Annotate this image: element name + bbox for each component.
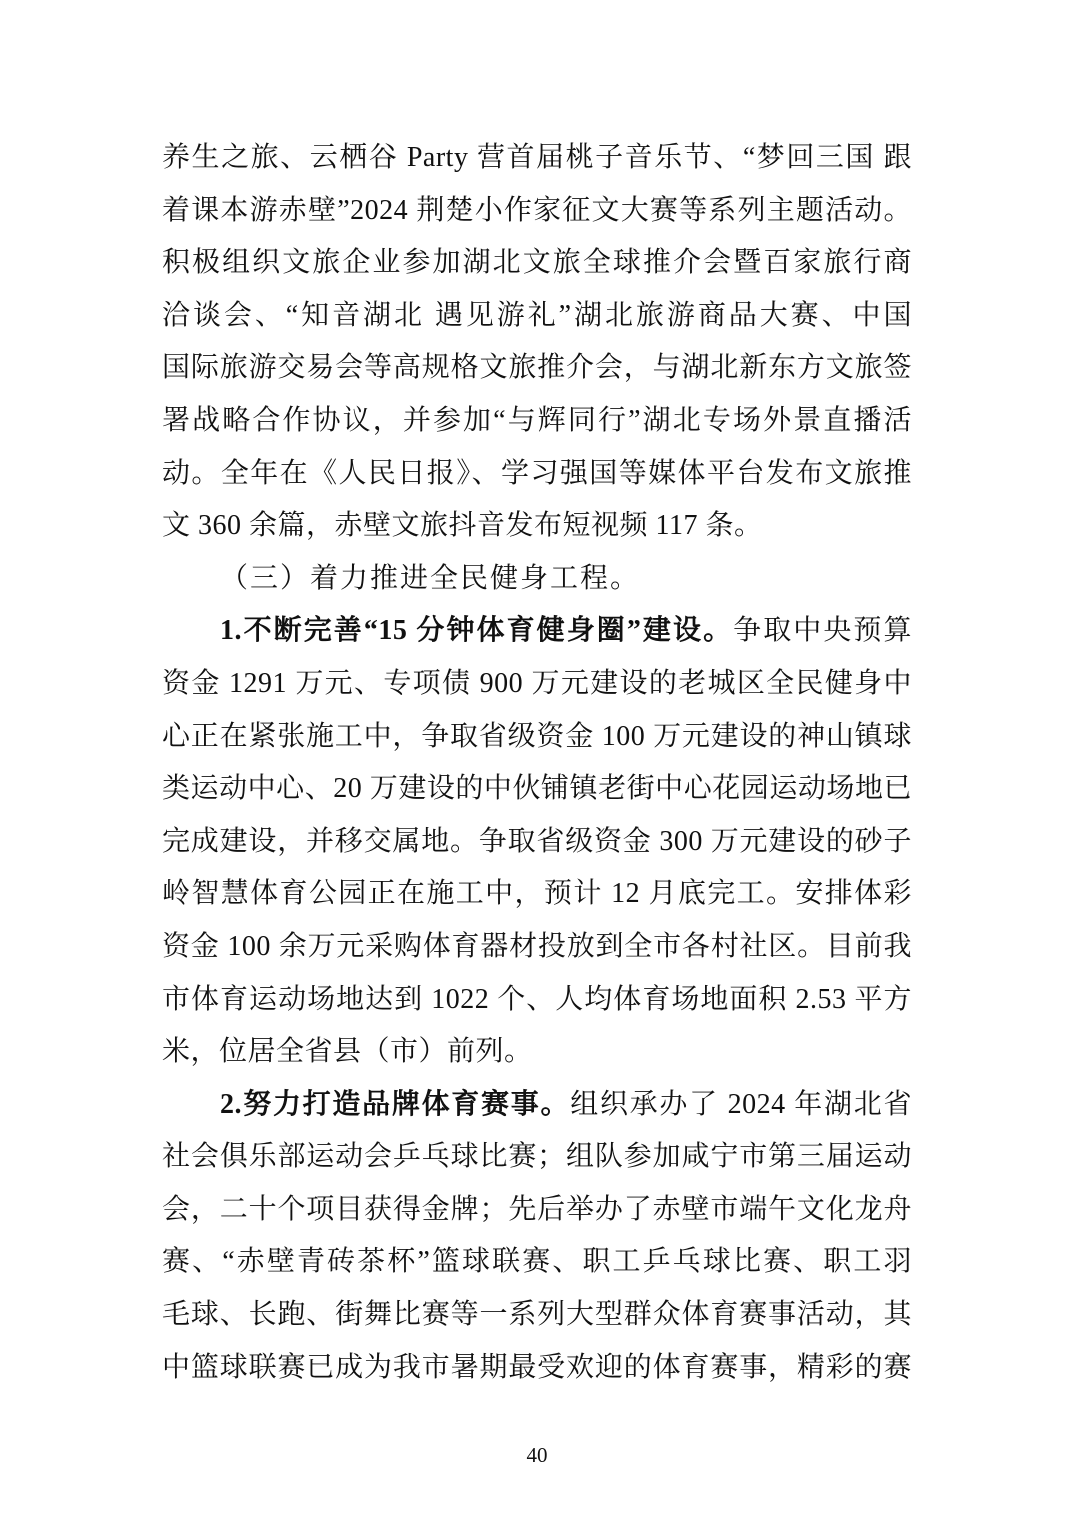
text-line: 社会俱乐部运动会乒乓球比赛；组队参加咸宁市第三届运动 bbox=[162, 1131, 912, 1184]
text-line: 中篮球联赛已成为我市暑期最受欢迎的体育赛事，精彩的赛 bbox=[162, 1342, 912, 1395]
bold-heading-run: 1.不断完善“15 分钟体育健身圈”建设。 bbox=[220, 615, 733, 646]
text-block: 养生之旅、云栖谷 Party 营首届桃子音乐节、“梦回三国 跟着课本游赤壁”20… bbox=[162, 132, 912, 1394]
text-line: 市体育运动场地达到 1022 个、人均体育场地面积 2.53 平方 bbox=[162, 974, 912, 1027]
text-line: 赛、“赤壁青砖茶杯”篮球联赛、职工乒乓球比赛、职工羽 bbox=[162, 1236, 912, 1289]
text-run: 着课本游赤壁”2024 荆楚小作家征文大赛等系列主题活动。 bbox=[162, 195, 912, 226]
text-run: 岭智慧体育公园正在施工中，预计 12 月底完工。安排体彩 bbox=[162, 878, 912, 909]
text-run: 资金 100 余万元采购体育器材投放到全市各村社区。目前我 bbox=[162, 931, 912, 962]
text-run: 国际旅游交易会等高规格文旅推介会，与湖北新东方文旅签 bbox=[162, 352, 912, 383]
page-number-label: 40 bbox=[0, 1442, 1074, 1468]
document-page: 养生之旅、云栖谷 Party 营首届桃子音乐节、“梦回三国 跟着课本游赤壁”20… bbox=[0, 0, 1074, 1520]
text-run: 积极组织文旅企业参加湖北文旅全球推介会暨百家旅行商 bbox=[162, 247, 912, 278]
text-line: 完成建设，并移交属地。争取省级资金 300 万元建设的砂子 bbox=[162, 816, 912, 869]
section-heading-line: （三）着力推进全民健身工程。 bbox=[162, 553, 912, 606]
text-run: 中篮球联赛已成为我市暑期最受欢迎的体育赛事，精彩的赛 bbox=[162, 1352, 912, 1383]
text-line: 2.努力打造品牌体育赛事。组织承办了 2024 年湖北省 bbox=[162, 1079, 912, 1132]
text-line: 动。全年在《人民日报》、学习强国等媒体平台发布文旅推 bbox=[162, 448, 912, 501]
text-line: 养生之旅、云栖谷 Party 营首届桃子音乐节、“梦回三国 跟 bbox=[162, 132, 912, 185]
text-run: 毛球、长跑、街舞比赛等一系列大型群众体育赛事活动，其 bbox=[162, 1299, 912, 1330]
text-line: 文 360 余篇，赤壁文旅抖音发布短视频 117 条。 bbox=[162, 500, 912, 553]
text-line: 国际旅游交易会等高规格文旅推介会，与湖北新东方文旅签 bbox=[162, 342, 912, 395]
text-line: 着课本游赤壁”2024 荆楚小作家征文大赛等系列主题活动。 bbox=[162, 185, 912, 238]
text-run: 组织承办了 2024 年湖北省 bbox=[570, 1089, 912, 1120]
text-line: 署战略合作协议，并参加“与辉同行”湖北专场外景直播活 bbox=[162, 395, 912, 448]
text-run: 完成建设，并移交属地。争取省级资金 300 万元建设的砂子 bbox=[162, 826, 912, 857]
text-line: 米，位居全省县（市）前列。 bbox=[162, 1026, 912, 1079]
text-run: 争取中央预算 bbox=[733, 615, 912, 646]
text-run: 文 360 余篇，赤壁文旅抖音发布短视频 117 条。 bbox=[162, 510, 762, 541]
text-run: 市体育运动场地达到 1022 个、人均体育场地面积 2.53 平方 bbox=[162, 984, 912, 1015]
text-run: （三）着力推进全民健身工程。 bbox=[220, 563, 640, 594]
text-line: 心正在紧张施工中，争取省级资金 100 万元建设的神山镇球 bbox=[162, 711, 912, 764]
text-run: 资金 1291 万元、专项债 900 万元建设的老城区全民健身中 bbox=[162, 668, 912, 699]
text-line: 岭智慧体育公园正在施工中，预计 12 月底完工。安排体彩 bbox=[162, 868, 912, 921]
text-line: 洽谈会、“知音湖北 遇见游礼”湖北旅游商品大赛、中国 bbox=[162, 290, 912, 343]
text-line: 积极组织文旅企业参加湖北文旅全球推介会暨百家旅行商 bbox=[162, 237, 912, 290]
text-line: 毛球、长跑、街舞比赛等一系列大型群众体育赛事活动，其 bbox=[162, 1289, 912, 1342]
text-run: 米，位居全省县（市）前列。 bbox=[162, 1036, 533, 1067]
text-run: 心正在紧张施工中，争取省级资金 100 万元建设的神山镇球 bbox=[162, 721, 912, 752]
text-run: 署战略合作协议，并参加“与辉同行”湖北专场外景直播活 bbox=[162, 405, 912, 436]
text-run: 赛、“赤壁青砖茶杯”篮球联赛、职工乒乓球比赛、职工羽 bbox=[162, 1246, 912, 1277]
text-line: 资金 1291 万元、专项债 900 万元建设的老城区全民健身中 bbox=[162, 658, 912, 711]
text-run: 养生之旅、云栖谷 Party 营首届桃子音乐节、“梦回三国 跟 bbox=[162, 142, 912, 173]
bold-heading-run: 2.努力打造品牌体育赛事。 bbox=[220, 1089, 570, 1120]
text-run: 社会俱乐部运动会乒乓球比赛；组队参加咸宁市第三届运动 bbox=[162, 1141, 912, 1172]
text-run: 动。全年在《人民日报》、学习强国等媒体平台发布文旅推 bbox=[162, 458, 912, 489]
text-run: 会，二十个项目获得金牌；先后举办了赤壁市端午文化龙舟 bbox=[162, 1194, 912, 1225]
text-line: 会，二十个项目获得金牌；先后举办了赤壁市端午文化龙舟 bbox=[162, 1184, 912, 1237]
text-line: 1.不断完善“15 分钟体育健身圈”建设。争取中央预算 bbox=[162, 605, 912, 658]
text-run: 类运动中心、20 万建设的中伙铺镇老街中心花园运动场地已 bbox=[162, 773, 912, 804]
text-run: 洽谈会、“知音湖北 遇见游礼”湖北旅游商品大赛、中国 bbox=[162, 300, 912, 331]
text-line: 资金 100 余万元采购体育器材投放到全市各村社区。目前我 bbox=[162, 921, 912, 974]
text-line: 类运动中心、20 万建设的中伙铺镇老街中心花园运动场地已 bbox=[162, 763, 912, 816]
